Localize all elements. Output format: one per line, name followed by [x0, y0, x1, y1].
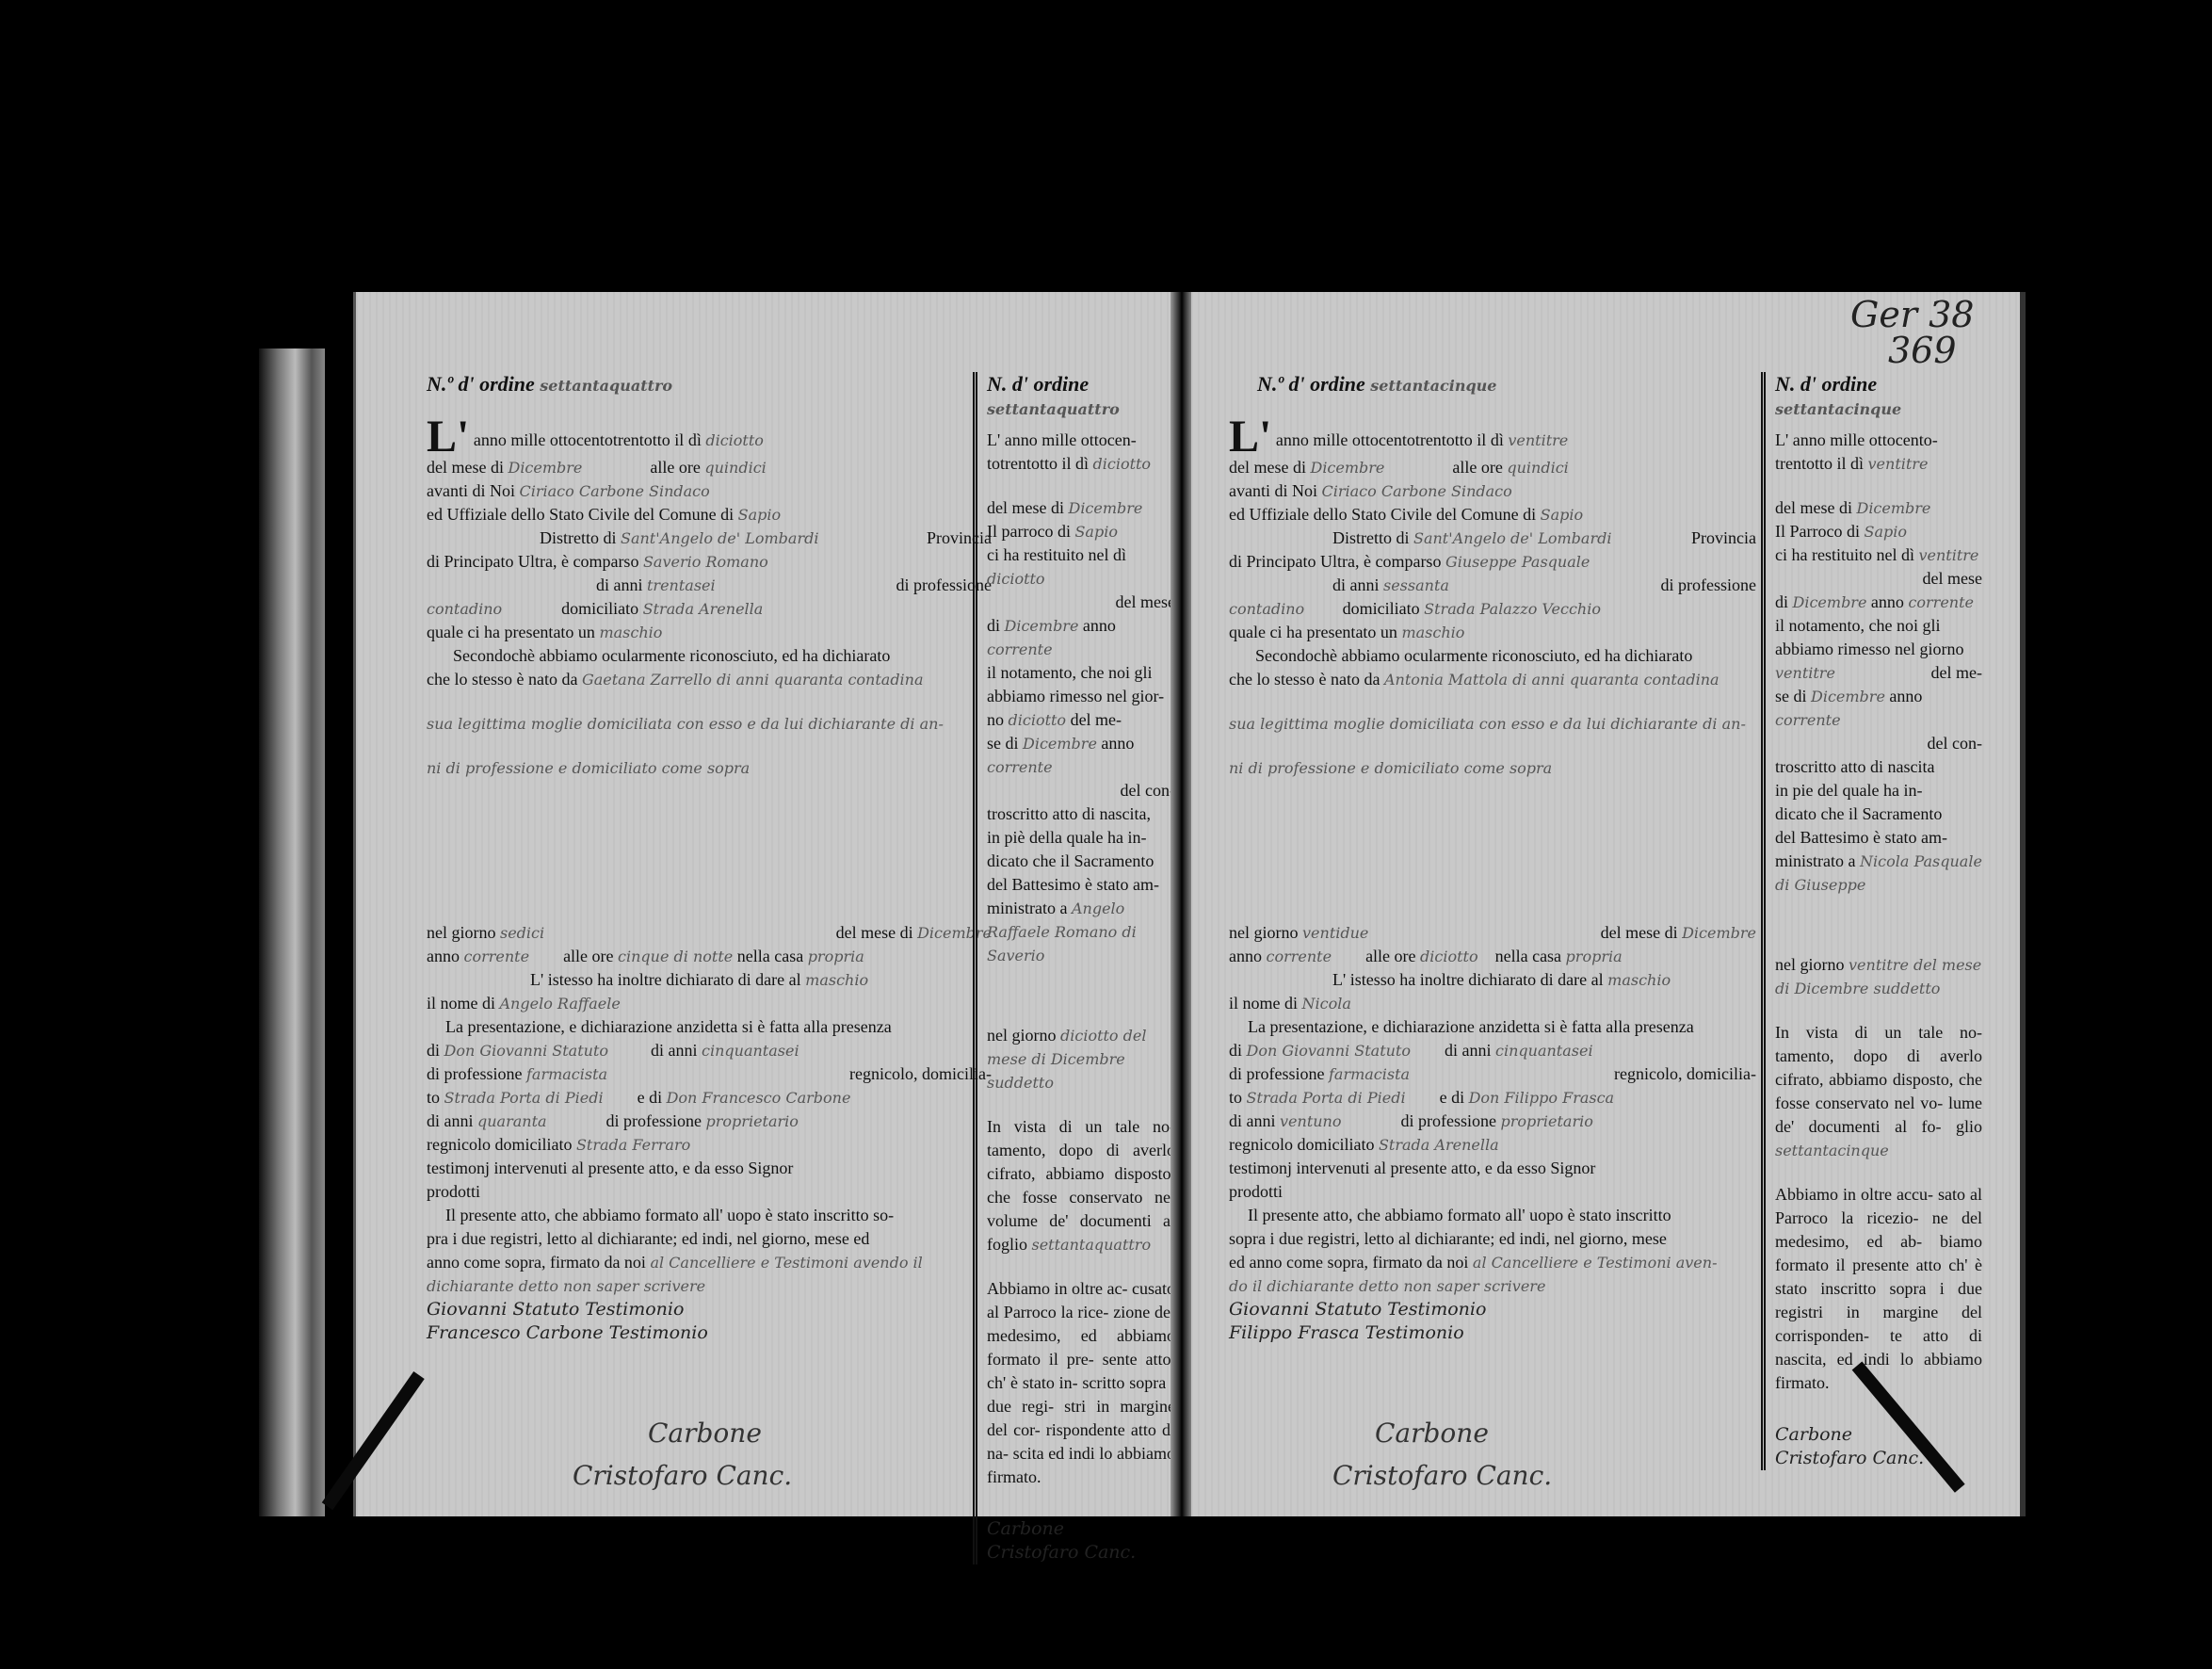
baptism-margin-record-75: N. d' ordine settantacinque L' anno mill… [1761, 372, 1982, 1470]
chancellor-signature: Cristofaro Canc. [573, 1460, 792, 1491]
book-gutter [1171, 292, 1193, 1516]
book-page-edges [259, 348, 325, 1516]
right-page: Ger 38 369 N.º d' ordine settantacinque … [1191, 292, 2026, 1516]
register-book: N.º d' ordine settantaquattro L' anno mi… [259, 283, 2039, 1535]
baptism-margin-record-74: N. d' ordine settantaquattro L' anno mil… [973, 372, 1175, 1564]
official-signature: Carbone [1375, 1418, 1489, 1449]
archive-reference: Ger 38 369 [1850, 297, 1974, 368]
birth-record-74: N.º d' ordine settantaquattro L' anno mi… [427, 372, 992, 1345]
official-signature: Carbone [648, 1418, 762, 1449]
witness-signature: Giovanni Statuto Testimonio [427, 1298, 992, 1321]
bookmark-ribbon [322, 1371, 425, 1510]
witness-signature: Francesco Carbone Testimonio [427, 1321, 992, 1345]
witness-signature: Giovanni Statuto Testimonio [1229, 1298, 1756, 1321]
chancellor-signature: Cristofaro Canc. [1332, 1460, 1552, 1491]
birth-record-75: N.º d' ordine settantacinque L' anno mil… [1229, 372, 1756, 1345]
left-page: N.º d' ordine settantaquattro L' anno mi… [353, 292, 1175, 1516]
witness-signature: Filippo Frasca Testimonio [1229, 1321, 1756, 1345]
order-number: N.º d' ordine settantaquattro [427, 372, 992, 397]
